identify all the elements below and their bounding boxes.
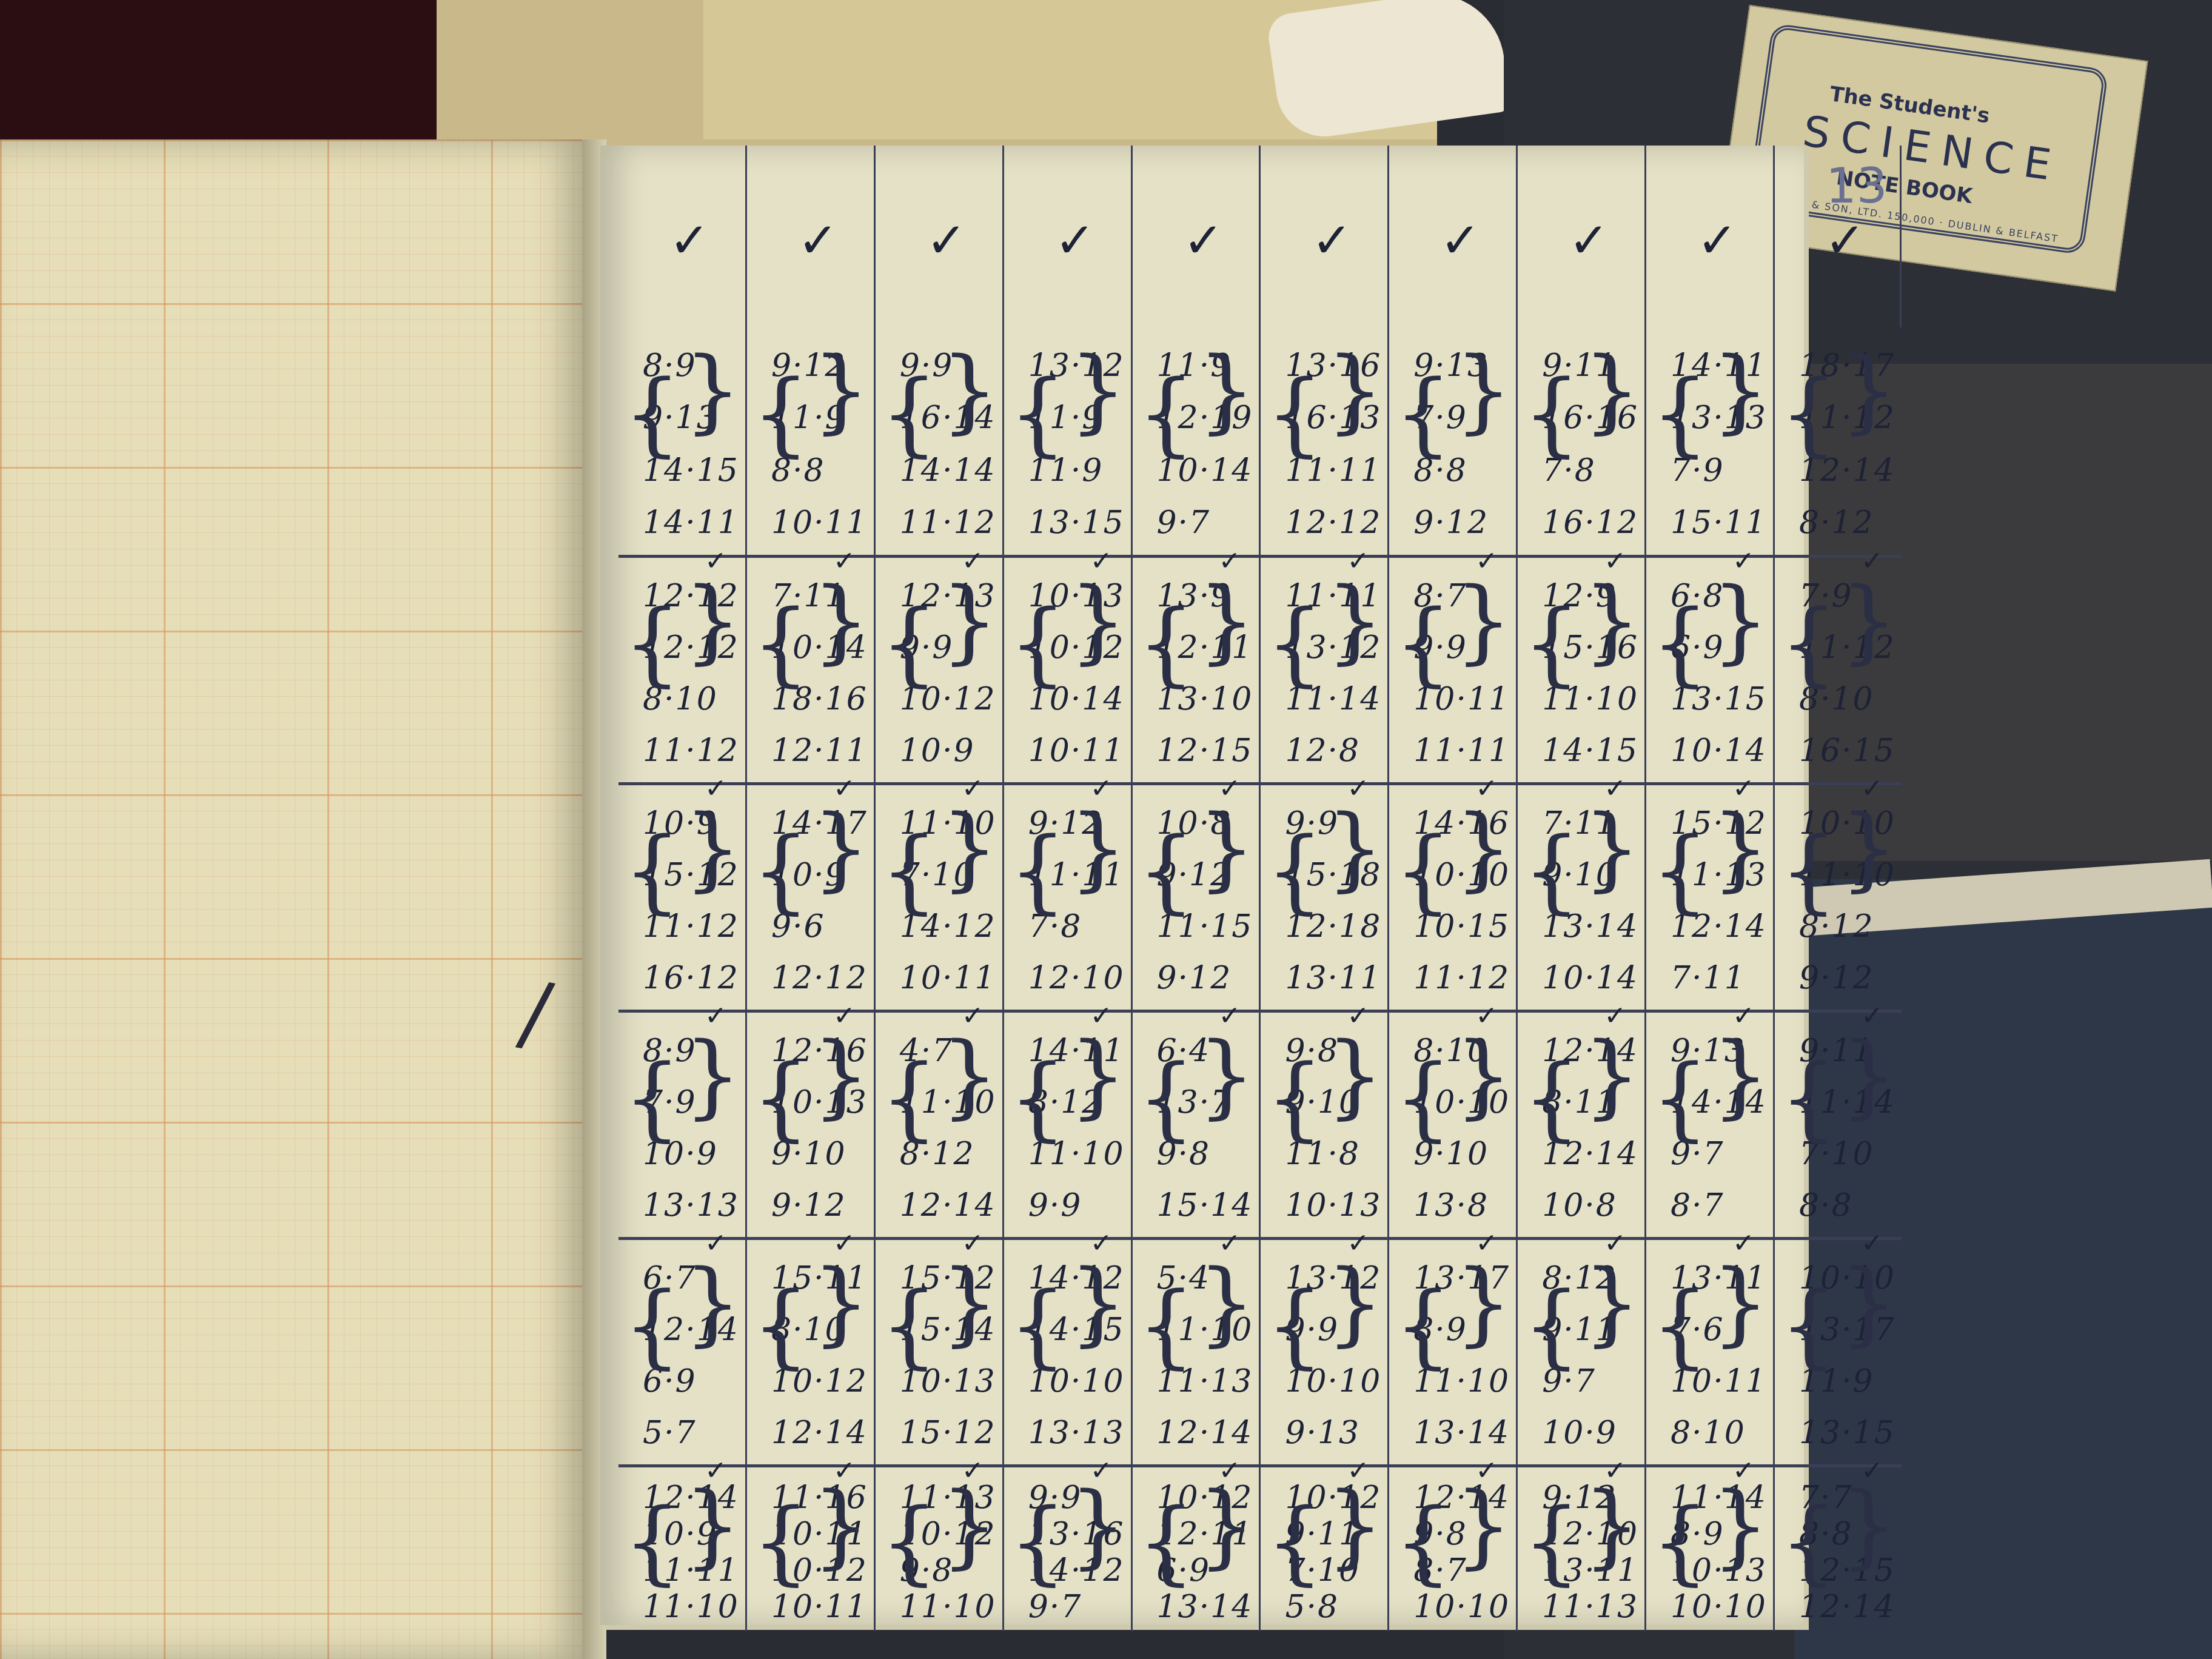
column-header: ✓13	[1775, 146, 1902, 327]
right-brace-icon: }	[940, 346, 998, 437]
checkmark-icon: ✓	[1219, 1000, 1241, 1031]
grid-cell: {}✓15·1215·1410·1315·12	[876, 1237, 1004, 1464]
right-brace-icon: }	[1455, 1481, 1512, 1572]
grid-cell: {}✓13·912·1113·1012·15	[1133, 555, 1261, 782]
grid-cell: {}✓14·1710·99·612·12	[747, 782, 876, 1010]
number-pair: 16·12	[1542, 504, 1638, 541]
grid-cell: {}✓11·148·910·1310·10	[1646, 1464, 1775, 1631]
right-brace-icon: }	[1069, 803, 1127, 894]
grid-cell: {}✓10·89·1211·159·12	[1133, 782, 1261, 1010]
right-brace-icon: }	[1711, 803, 1769, 894]
right-brace-icon: }	[1840, 1031, 1897, 1122]
page-number: 13	[1826, 158, 1888, 214]
column-header: ✓	[747, 146, 876, 327]
number-pair: 12·14	[1157, 1415, 1253, 1451]
number-pair: 8·7	[1671, 1187, 1767, 1224]
grid-cell: {}✓13·117·610·118·10	[1646, 1237, 1775, 1464]
checkmark-icon: ✓	[669, 212, 710, 269]
checkmark-icon: ✓	[1090, 1000, 1113, 1031]
left-brace-icon: {	[1780, 1281, 1837, 1372]
right-brace-icon: }	[683, 1031, 741, 1122]
grid-cell: {}✓7·119·1013·1410·14	[1518, 782, 1646, 1010]
checkmark-icon: ✓	[1219, 1228, 1241, 1259]
checkmark-icon: ✓	[1090, 1455, 1113, 1486]
grid-cell: {}✓7·911·128·1016·15	[1775, 555, 1902, 782]
left-brace-icon: {	[1265, 598, 1323, 689]
checkmark-icon: ✓	[1732, 773, 1755, 804]
checkmark-icon: ✓	[797, 212, 838, 269]
right-brace-icon: }	[812, 1031, 870, 1122]
left-brace-icon: {	[1651, 1281, 1709, 1372]
column-header: ✓	[1133, 146, 1261, 327]
left-brace-icon: {	[1138, 598, 1195, 689]
number-pair: 15·11	[1671, 504, 1767, 541]
grid-cell: {}✓11·1310·129·811·10	[876, 1464, 1004, 1631]
left-brace-icon: {	[1780, 826, 1837, 917]
left-brace-icon: {	[1523, 826, 1580, 917]
left-brace-icon: {	[1265, 826, 1323, 917]
right-brace-icon: }	[1455, 576, 1512, 667]
right-brace-icon: }	[1711, 1031, 1769, 1122]
checkmark-icon: ✓	[1604, 1228, 1626, 1259]
grid-cell: {}✓10·1013·1711·913·15	[1775, 1237, 1902, 1464]
left-brace-icon: {	[1394, 1281, 1452, 1372]
number-pair: 16·15	[1799, 732, 1895, 769]
grid-cell: {}✓9·1314·149·78·7	[1646, 1010, 1775, 1237]
checkmark-icon: ✓	[1440, 212, 1481, 269]
grid-cell: {}✓9·89·1011·810·13	[1261, 1010, 1389, 1237]
grid-cell: {}18·1711·1212·148·12	[1775, 327, 1902, 555]
checkmark-icon: ✓	[1732, 1455, 1755, 1486]
right-brace-icon: }	[1840, 1258, 1897, 1349]
left-brace-icon: {	[880, 1497, 938, 1588]
checkmark-icon: ✓	[1732, 546, 1755, 577]
number-pair: 9·12	[771, 1187, 868, 1224]
right-brace-icon: }	[1069, 1258, 1127, 1349]
right-brace-icon: }	[1326, 346, 1384, 437]
number-pair: 7·11	[1671, 960, 1767, 996]
left-brace-icon: {	[1651, 1053, 1709, 1144]
checkmark-icon: ✓	[1861, 1455, 1883, 1486]
grid-cell: {}✓12·1410·911·1111·10	[618, 1464, 747, 1631]
grid-cell: {}✓9·1111·147·108·8	[1775, 1010, 1902, 1237]
left-brace-icon: {	[880, 598, 938, 689]
checkmark-icon: ✓	[1219, 773, 1241, 804]
grid-cell: {}11·912·1910·149·7	[1133, 327, 1261, 555]
checkmark-icon: ✓	[1475, 773, 1498, 804]
left-brace-icon: {	[1265, 1497, 1323, 1588]
right-brace-icon: }	[1583, 1031, 1641, 1122]
right-brace-icon: }	[1326, 803, 1384, 894]
right-brace-icon: }	[940, 1481, 998, 1572]
right-brace-icon: }	[1326, 1031, 1384, 1122]
right-brace-icon: }	[1326, 1258, 1384, 1349]
number-pair: 15·12	[900, 1415, 996, 1451]
right-brace-icon: }	[1583, 1481, 1641, 1572]
grid-cell: {}✓11·1113·1211·1412·8	[1261, 555, 1389, 782]
right-brace-icon: }	[1583, 1258, 1641, 1349]
left-brace-icon: {	[623, 369, 681, 460]
checkmark-icon: ✓	[1183, 212, 1224, 269]
number-pair: 15·14	[1157, 1187, 1253, 1224]
checkmark-icon: ✓	[1347, 546, 1369, 577]
grid-cell: {}✓6·413·79·815·14	[1133, 1010, 1261, 1237]
number-pair: 9·13	[1285, 1415, 1381, 1451]
right-page: ✓✓✓✓✓✓✓✓✓✓13{}8·99·1314·1514·11{}9·1211·…	[600, 146, 1804, 1625]
number-pair: 13·8	[1413, 1187, 1510, 1224]
column-header: ✓	[1004, 146, 1133, 327]
grid-cell: {}13·1616·1311·1112·12	[1261, 327, 1389, 555]
left-brace-icon: {	[1394, 826, 1452, 917]
left-brace-icon: {	[1138, 369, 1195, 460]
left-brace-icon: {	[1523, 1281, 1580, 1372]
grid-cell: {}13·1211·911·913·15	[1004, 327, 1133, 555]
left-brace-icon: {	[752, 598, 809, 689]
column-header: ✓	[1518, 146, 1646, 327]
left-brace-icon: {	[1009, 826, 1067, 917]
left-brace-icon: {	[1394, 1497, 1452, 1588]
checkmark-icon: ✓	[1861, 546, 1883, 577]
checkmark-icon: ✓	[1090, 773, 1113, 804]
grid-cell: {}✓10·129·117·105·8	[1261, 1464, 1389, 1631]
right-brace-icon: }	[1583, 803, 1641, 894]
grid-cell: {}✓12·915·1611·1014·15	[1518, 555, 1646, 782]
grid-cell: {}✓15·1211·1312·147·11	[1646, 782, 1775, 1010]
number-pair: 9·7	[1157, 504, 1253, 541]
right-brace-icon: }	[1326, 576, 1384, 667]
grid-cell: {}✓8·129·119·710·9	[1518, 1237, 1646, 1464]
grid-cell: {}✓13·178·911·1013·14	[1389, 1237, 1518, 1464]
number-pair: 12·11	[771, 732, 868, 769]
right-brace-icon: }	[940, 1258, 998, 1349]
grid-cell: {}✓8·79·910·1111·11	[1389, 555, 1518, 782]
grid-cell: {}14·1113·137·915·11	[1646, 327, 1775, 555]
checkmark-icon: ✓	[962, 1228, 984, 1259]
left-page-graph-paper: /	[0, 139, 591, 1659]
number-pair: 12·12	[771, 960, 868, 996]
left-brace-icon: {	[1780, 1497, 1837, 1588]
right-brace-icon: }	[812, 346, 870, 437]
number-pair: 14·11	[643, 504, 739, 541]
left-brace-icon: {	[1651, 826, 1709, 917]
left-brace-icon: {	[1138, 826, 1195, 917]
left-brace-icon: {	[1780, 598, 1837, 689]
checkmark-icon: ✓	[705, 1000, 727, 1031]
right-brace-icon: }	[1711, 576, 1769, 667]
checkmark-icon: ✓	[962, 546, 984, 577]
number-pair: 5·7	[643, 1415, 739, 1451]
grid-cell: {}✓11·107·1014·1210·11	[876, 782, 1004, 1010]
grid-cell: {}9·137·98·89·12	[1389, 327, 1518, 555]
number-pair: 10·11	[771, 504, 868, 541]
number-pair: 10·9	[1542, 1415, 1638, 1451]
checkmark-icon: ✓	[1604, 1455, 1626, 1486]
left-brace-icon: {	[1394, 369, 1452, 460]
checkmark-icon: ✓	[926, 212, 967, 269]
checkmark-icon: ✓	[1347, 773, 1369, 804]
grid-cell: {}8·99·1314·1514·11	[618, 327, 747, 555]
checkmark-icon: ✓	[833, 1228, 856, 1259]
left-brace-icon: {	[623, 1053, 681, 1144]
checkmark-icon: ✓	[1604, 773, 1626, 804]
left-brace-icon: {	[752, 369, 809, 460]
right-brace-icon: }	[1711, 346, 1769, 437]
number-grid: ✓✓✓✓✓✓✓✓✓✓13{}8·99·1314·1514·11{}9·1211·…	[618, 146, 1795, 1625]
right-brace-icon: }	[1455, 1031, 1512, 1122]
checkmark-icon: ✓	[962, 1000, 984, 1031]
grid-cell: {}9·916·1414·1411·12	[876, 327, 1004, 555]
grid-cell: {}✓8·97·910·913·13	[618, 1010, 747, 1237]
checkmark-icon: ✓	[1697, 212, 1738, 269]
grid-cell: {}✓12·149·88·710·10	[1389, 1464, 1518, 1631]
left-brace-icon: {	[1780, 1053, 1837, 1144]
grid-cell: {}✓9·913·1614·129·7	[1004, 1464, 1133, 1631]
right-brace-icon: }	[683, 803, 741, 894]
number-pair: 14·15	[1542, 732, 1638, 769]
left-brace-icon: {	[752, 1281, 809, 1372]
left-brace-icon: {	[1523, 598, 1580, 689]
number-pair: 11·12	[1413, 960, 1510, 996]
right-brace-icon: }	[1198, 1031, 1255, 1122]
checkmark-icon: ✓	[1347, 1228, 1369, 1259]
number-pair: 10·9	[900, 732, 996, 769]
left-brace-icon: {	[1265, 1281, 1323, 1372]
left-brace-icon: {	[1394, 1053, 1452, 1144]
checkmark-icon: ✓	[962, 773, 984, 804]
grid-cell: {}✓10·1310·1210·1410·11	[1004, 555, 1133, 782]
right-brace-icon: }	[812, 576, 870, 667]
right-brace-icon: }	[940, 803, 998, 894]
grid-cell: {}✓15·118·1010·1212·14	[747, 1237, 876, 1464]
grid-cell: {}✓12·148·1112·1410·8	[1518, 1010, 1646, 1237]
left-brace-icon: {	[1009, 369, 1067, 460]
left-brace-icon: {	[623, 1497, 681, 1588]
cloth-ribbon	[1265, 0, 1512, 142]
right-brace-icon: }	[1583, 576, 1641, 667]
number-pair: 10·14	[1671, 732, 1767, 769]
checkmark-icon: ✓	[1475, 546, 1498, 577]
left-brace-icon: {	[880, 1053, 938, 1144]
grid-cell: {}✓7·78·812·1512·14	[1775, 1464, 1902, 1631]
left-brace-icon: {	[1651, 1497, 1709, 1588]
left-brace-icon: {	[1138, 1497, 1195, 1588]
left-brace-icon: {	[623, 826, 681, 917]
left-brace-icon: {	[1523, 1497, 1580, 1588]
right-brace-icon: }	[940, 1031, 998, 1122]
right-brace-icon: }	[1069, 1481, 1127, 1572]
grid-cell: {}✓12·139·910·1210·9	[876, 555, 1004, 782]
number-pair: 9·12	[1157, 960, 1253, 996]
left-brace-icon: {	[623, 1281, 681, 1372]
left-brace-icon: {	[1138, 1053, 1195, 1144]
checkmark-icon: ✓	[1475, 1228, 1498, 1259]
right-brace-icon: }	[1840, 1481, 1897, 1572]
grid-cell: {}✓8·1010·109·1013·8	[1389, 1010, 1518, 1237]
number-pair: 13·15	[1799, 1415, 1895, 1451]
checkmark-icon: ✓	[962, 1455, 984, 1486]
right-brace-icon: }	[1840, 346, 1897, 437]
right-brace-icon: }	[1840, 576, 1897, 667]
number-pair: 8·12	[1799, 504, 1895, 541]
right-brace-icon: }	[1069, 1031, 1127, 1122]
grid-cell: {}✓11·1610·1110·1210·11	[747, 1464, 876, 1631]
left-brace-icon: {	[1265, 1053, 1323, 1144]
checkmark-icon: ✓	[1825, 212, 1865, 269]
number-pair: 12·14	[900, 1187, 996, 1224]
left-brace-icon: {	[1265, 369, 1323, 460]
right-brace-icon: }	[1583, 346, 1641, 437]
checkmark-icon: ✓	[1732, 1000, 1755, 1031]
number-pair: 12·15	[1157, 732, 1253, 769]
column-header: ✓	[1646, 146, 1775, 327]
checkmark-icon: ✓	[1861, 1000, 1883, 1031]
number-pair: 10·13	[1285, 1187, 1381, 1224]
number-pair: 13·11	[1285, 960, 1381, 996]
checkmark-icon: ✓	[1475, 1000, 1498, 1031]
checkmark-icon: ✓	[705, 546, 727, 577]
checkmark-icon: ✓	[833, 773, 856, 804]
number-pair: 12·12	[1285, 504, 1381, 541]
number-pair: 9·9	[1028, 1187, 1125, 1224]
right-brace-icon: }	[1455, 1258, 1512, 1349]
checkmark-icon: ✓	[1347, 1000, 1369, 1031]
pencil-mark: /	[513, 962, 558, 1065]
left-brace-icon: {	[1009, 1053, 1067, 1144]
right-brace-icon: }	[683, 346, 741, 437]
left-brace-icon: {	[880, 826, 938, 917]
column-header: ✓	[618, 146, 747, 327]
grid-cell: {}9·1211·98·810·11	[747, 327, 876, 555]
checkmark-icon: ✓	[1219, 546, 1241, 577]
checkmark-icon: ✓	[705, 1228, 727, 1259]
grid-cell: {}✓9·1212·1013·1111·13	[1518, 1464, 1646, 1631]
number-pair: 12·10	[1028, 960, 1125, 996]
left-brace-icon: {	[752, 1053, 809, 1144]
right-brace-icon: }	[1711, 1258, 1769, 1349]
number-pair: 10·14	[1542, 960, 1638, 996]
number-pair: 8·8	[1799, 1187, 1895, 1224]
grid-cell: {}✓9·1211·117·812·10	[1004, 782, 1133, 1010]
right-brace-icon: }	[1069, 576, 1127, 667]
checkmark-icon: ✓	[1861, 1228, 1883, 1259]
right-brace-icon: }	[683, 1481, 741, 1572]
right-brace-icon: }	[1711, 1481, 1769, 1572]
checkmark-icon: ✓	[1090, 1228, 1113, 1259]
left-brace-icon: {	[752, 1497, 809, 1588]
right-brace-icon: }	[1455, 803, 1512, 894]
right-brace-icon: }	[1198, 803, 1255, 894]
right-brace-icon: }	[1198, 346, 1255, 437]
checkmark-icon: ✓	[1732, 1228, 1755, 1259]
checkmark-icon: ✓	[1475, 1455, 1498, 1486]
right-brace-icon: }	[812, 1481, 870, 1572]
column-header: ✓	[1389, 146, 1518, 327]
grid-cell: {}✓9·915·1812·1813·11	[1261, 782, 1389, 1010]
checkmark-icon: ✓	[833, 1455, 856, 1486]
left-brace-icon: {	[880, 1281, 938, 1372]
grid-cell: {}✓5·411·1011·1312·14	[1133, 1237, 1261, 1464]
checkmark-icon: ✓	[1861, 773, 1883, 804]
right-brace-icon: }	[1198, 576, 1255, 667]
number-pair: 12·14	[771, 1415, 868, 1451]
left-brace-icon: {	[1009, 1497, 1067, 1588]
number-pair: 8·10	[1671, 1415, 1767, 1451]
column-header: ✓	[876, 146, 1004, 327]
number-pair: 10·8	[1542, 1187, 1638, 1224]
number-pair: 9·12	[1799, 960, 1895, 996]
right-brace-icon: }	[940, 576, 998, 667]
checkmark-icon: ✓	[833, 1000, 856, 1031]
number-pair: 11·12	[643, 732, 739, 769]
checkmark-icon: ✓	[1569, 212, 1609, 269]
checkmark-icon: ✓	[1219, 1455, 1241, 1486]
number-pair: 13·14	[1413, 1415, 1510, 1451]
checkmark-icon: ✓	[705, 773, 727, 804]
right-brace-icon: }	[683, 576, 741, 667]
left-brace-icon: {	[1523, 1053, 1580, 1144]
right-brace-icon: }	[1455, 346, 1512, 437]
checkmark-icon: ✓	[833, 546, 856, 577]
grid-cell: {}✓12·1212·128·1011·12	[618, 555, 747, 782]
checkmark-icon: ✓	[1347, 1455, 1369, 1486]
right-brace-icon: }	[1198, 1258, 1255, 1349]
checkmark-icon: ✓	[1054, 212, 1095, 269]
checkmark-icon: ✓	[1090, 546, 1113, 577]
grid-cell: {}✓14·1610·1010·1511·12	[1389, 782, 1518, 1010]
left-brace-icon: {	[1651, 598, 1709, 689]
right-brace-icon: }	[812, 803, 870, 894]
left-brace-icon: {	[1780, 369, 1837, 460]
number-pair: 9·12	[1413, 504, 1510, 541]
left-brace-icon: {	[1009, 1281, 1067, 1372]
right-brace-icon: }	[812, 1258, 870, 1349]
left-brace-icon: {	[1394, 598, 1452, 689]
checkmark-icon: ✓	[1312, 212, 1352, 269]
number-pair: 13·13	[1028, 1415, 1125, 1451]
number-pair: 13·15	[1028, 504, 1125, 541]
grid-cell: {}9·1116·167·816·12	[1518, 327, 1646, 555]
grid-cell: {}✓6·86·913·1510·14	[1646, 555, 1775, 782]
column-header: ✓	[1261, 146, 1389, 327]
grid-cell: {}✓4·711·108·1212·14	[876, 1010, 1004, 1237]
grid-cell: {}✓14·118·1211·109·9	[1004, 1010, 1133, 1237]
right-brace-icon: }	[1840, 803, 1897, 894]
grid-cell: {}✓10·915·1211·1216·12	[618, 782, 747, 1010]
grid-cell: {}✓13·129·910·109·13	[1261, 1237, 1389, 1464]
checkmark-icon: ✓	[1604, 546, 1626, 577]
number-pair: 10·11	[1028, 732, 1125, 769]
number-pair: 12·8	[1285, 732, 1381, 769]
right-brace-icon: }	[683, 1258, 741, 1349]
grid-cell: {}✓10·1011·108·129·12	[1775, 782, 1902, 1010]
left-brace-icon: {	[623, 598, 681, 689]
grid-cell: {}✓6·712·146·95·7	[618, 1237, 747, 1464]
left-brace-icon: {	[1009, 598, 1067, 689]
number-pair: 16·12	[643, 960, 739, 996]
right-brace-icon: }	[1326, 1481, 1384, 1572]
checkmark-icon: ✓	[705, 1455, 727, 1486]
left-brace-icon: {	[1651, 369, 1709, 460]
right-brace-icon: }	[1198, 1481, 1255, 1572]
checkmark-icon: ✓	[1604, 1000, 1626, 1031]
grid-cell: {}✓10·1212·116·913·14	[1133, 1464, 1261, 1631]
grid-cell: {}✓7·1110·1418·1612·11	[747, 555, 876, 782]
number-pair: 10·11	[900, 960, 996, 996]
left-brace-icon: {	[880, 369, 938, 460]
number-pair: 11·12	[900, 504, 996, 541]
left-brace-icon: {	[1138, 1281, 1195, 1372]
grid-cell: {}✓12·1610·139·109·12	[747, 1010, 876, 1237]
